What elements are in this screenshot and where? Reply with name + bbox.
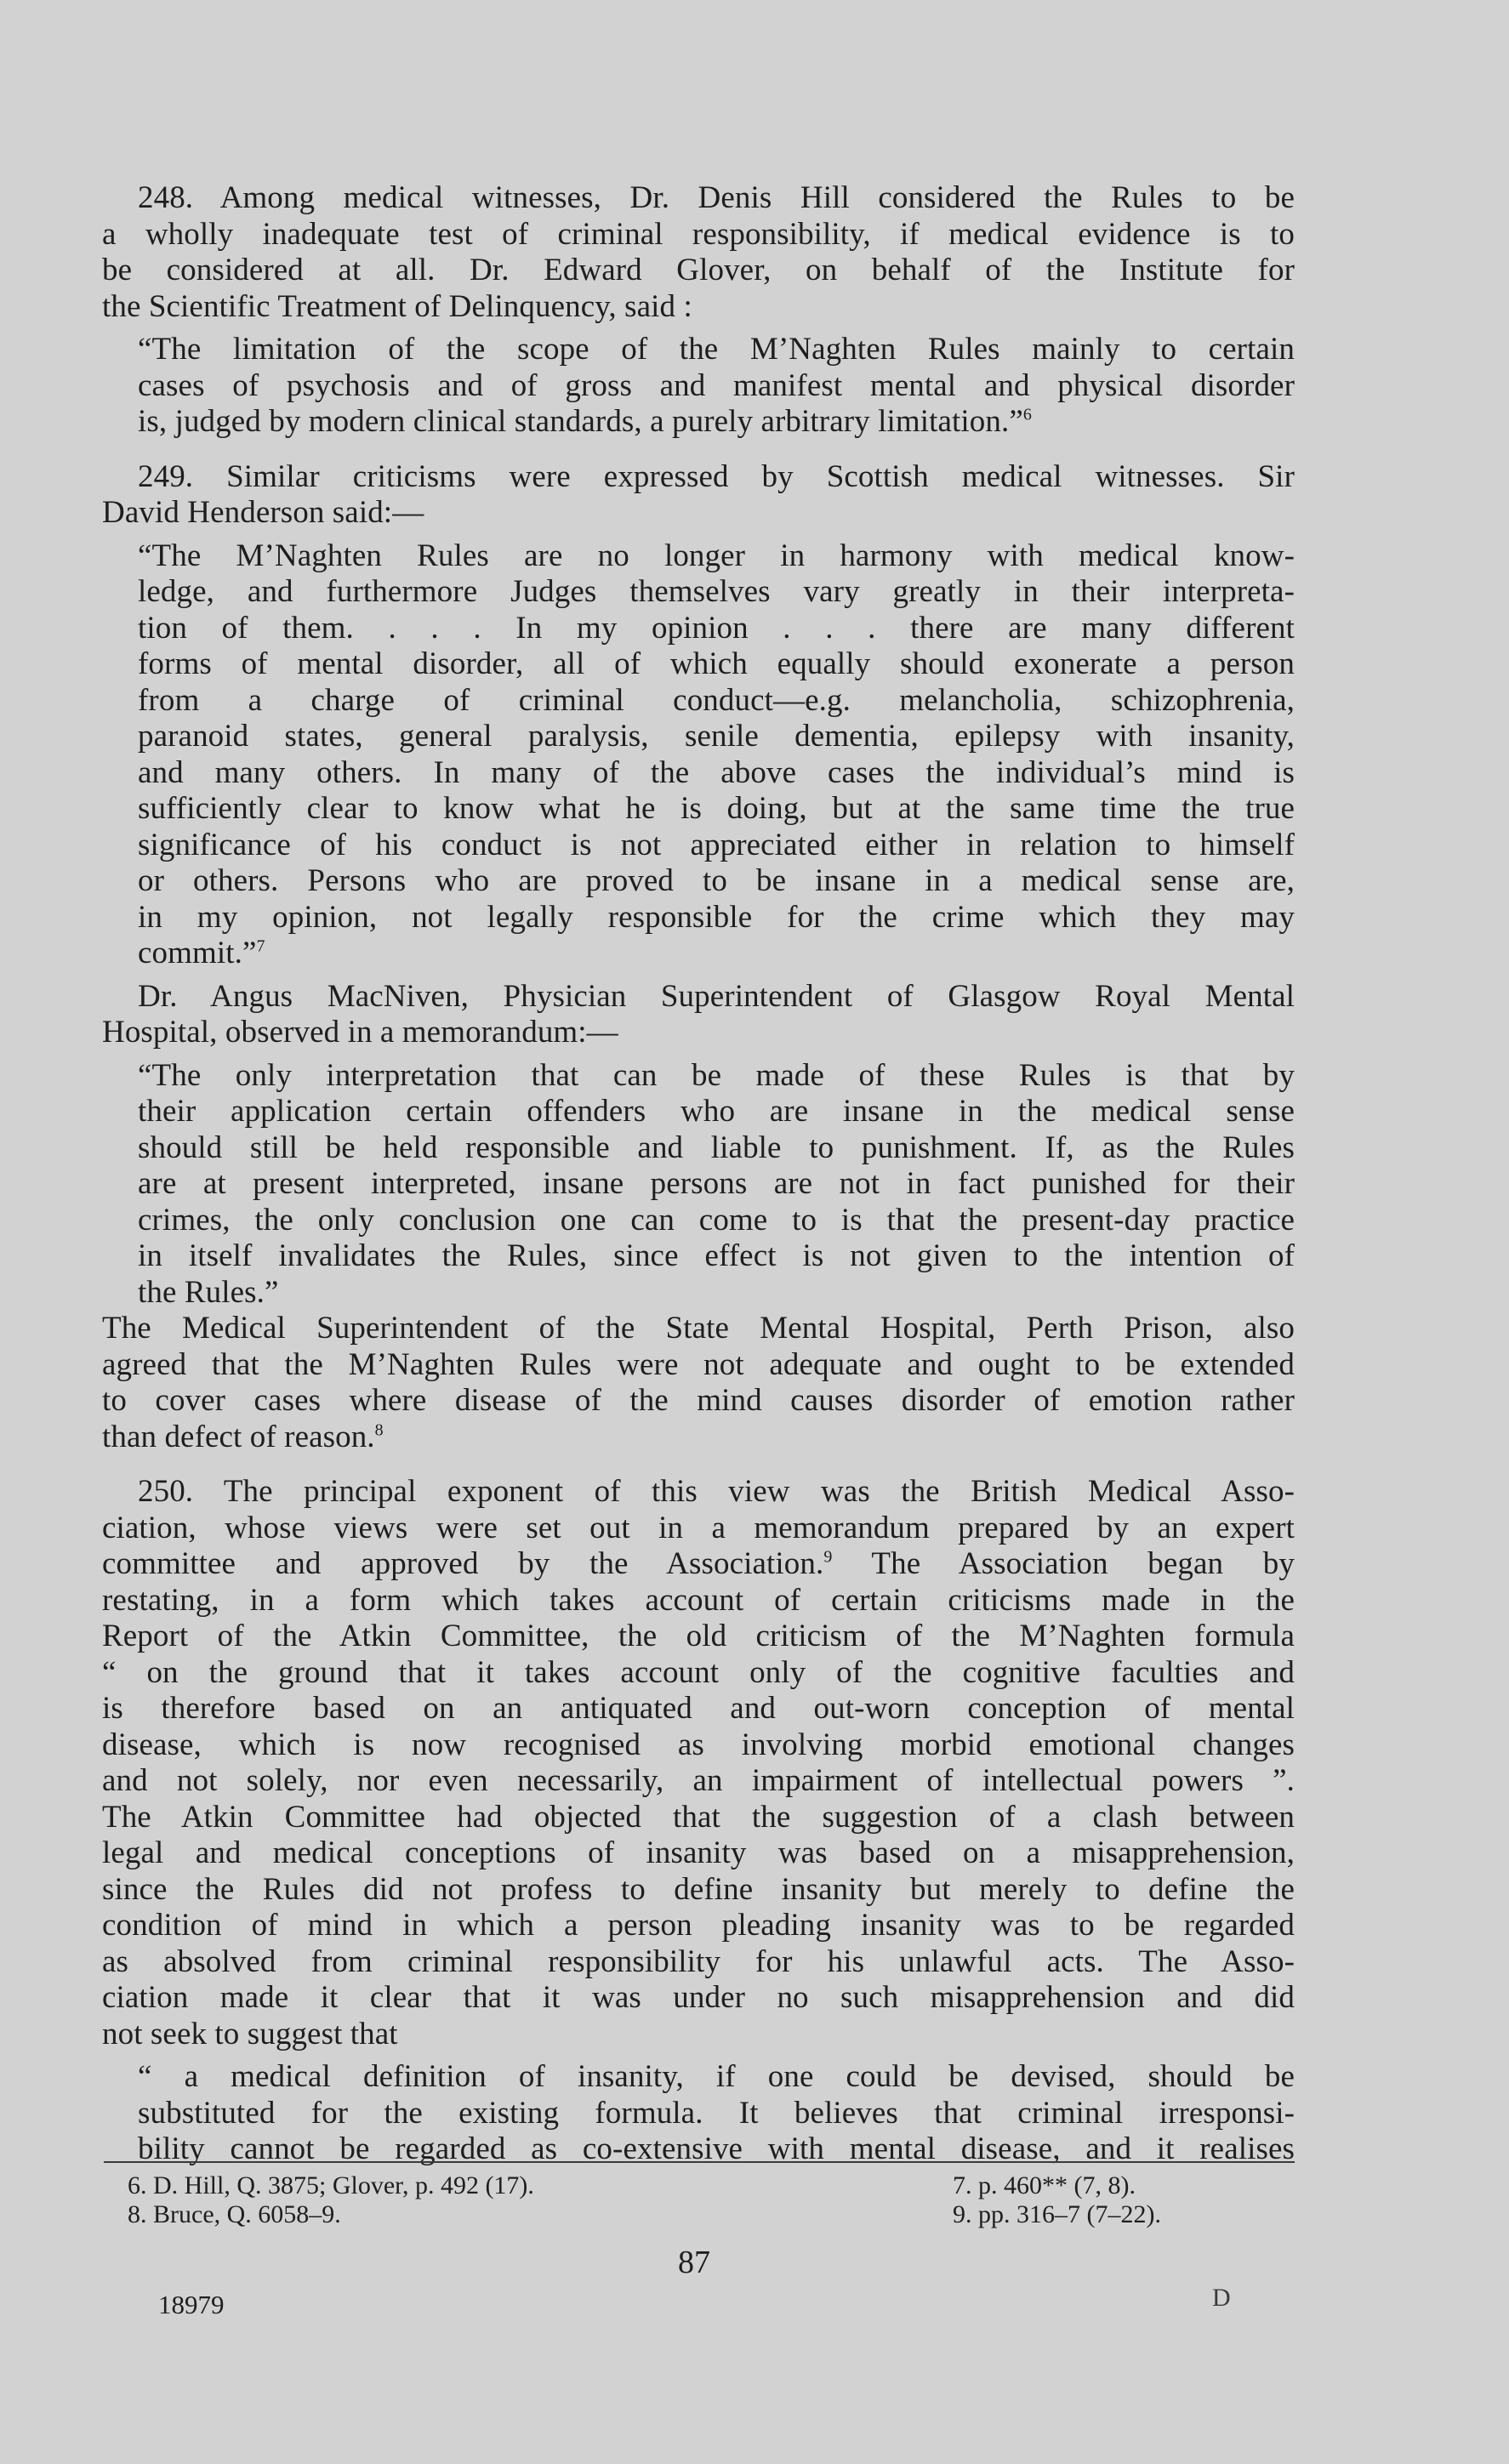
footnote-8: 8. Bruce, Q. 6058–9. bbox=[128, 2200, 953, 2229]
text-line: “The M’Naghten Rules are no longer in ha… bbox=[102, 538, 1295, 575]
text-line: “ on the ground that it takes account on… bbox=[102, 1655, 1295, 1692]
spacer bbox=[102, 2052, 1295, 2059]
block-quote: “The M’Naghten Rules are no longer in ha… bbox=[102, 538, 1295, 972]
page-body: 248. Among medical witnesses, Dr. Denis … bbox=[102, 180, 1295, 2168]
footnote-7: 7. p. 460** (7, 8). bbox=[953, 2171, 1293, 2200]
page-number: 87 bbox=[678, 2244, 710, 2281]
spacer bbox=[102, 532, 1295, 538]
text-line: not seek to suggest that bbox=[102, 2017, 1295, 2053]
footnote-row: 6. D. Hill, Q. 3875; Glover, p. 492 (17)… bbox=[128, 2171, 1293, 2200]
text-line: sufficiently clear to know what he is do… bbox=[102, 791, 1295, 828]
text-line: a wholly inadequate test of criminal res… bbox=[102, 217, 1295, 253]
text-line: crimes, the only conclusion one can come… bbox=[102, 1203, 1295, 1239]
text-line: ledge, and furthermore Judges themselves… bbox=[102, 574, 1295, 611]
text-line: condition of mind in which a person plea… bbox=[102, 1908, 1295, 1944]
text-line: is, judged by modern clinical standards,… bbox=[102, 404, 1295, 441]
block-quote: “ a medical definition of insanity, if o… bbox=[102, 2059, 1295, 2168]
text-line: substituted for the existing formula. It… bbox=[102, 2096, 1295, 2132]
text-line: forms of mental disorder, all of which e… bbox=[102, 646, 1295, 683]
text-line: committee and approved by the Associatio… bbox=[102, 1546, 1295, 1583]
text-line: 249. Similar criticisms were expressed b… bbox=[102, 459, 1295, 496]
paragraph: The Medical Superintendent of the State … bbox=[102, 1311, 1295, 1455]
spacer bbox=[102, 1051, 1295, 1058]
text-line: The Medical Superintendent of the State … bbox=[102, 1311, 1295, 1347]
text-line: 248. Among medical witnesses, Dr. Denis … bbox=[102, 180, 1295, 217]
text-line: Report of the Atkin Committee, the old c… bbox=[102, 1619, 1295, 1655]
text-line: commit.”7 bbox=[102, 936, 1295, 972]
text-line: tion of them. . . . In my opinion . . . … bbox=[102, 611, 1295, 647]
text-line: the Scientific Treatment of Delinquency,… bbox=[102, 289, 1295, 326]
text-line: is therefore based on an antiquated and … bbox=[102, 1691, 1295, 1727]
text-line: and many others. In many of the above ca… bbox=[102, 755, 1295, 792]
spacer bbox=[102, 972, 1295, 979]
paragraph: 250. The principal exponent of this view… bbox=[102, 1474, 1295, 2052]
text-line: “ a medical definition of insanity, if o… bbox=[102, 2059, 1295, 2096]
text-line: in my opinion, not legally responsible f… bbox=[102, 900, 1295, 936]
text-line: should still be held responsible and lia… bbox=[102, 1130, 1295, 1167]
footnote-9: 9. pp. 316–7 (7–22). bbox=[953, 2200, 1293, 2229]
text-line: paranoid states, general paralysis, seni… bbox=[102, 719, 1295, 755]
text-line: “The only interpretation that can be mad… bbox=[102, 1058, 1295, 1095]
text-line: from a charge of criminal conduct—e.g. m… bbox=[102, 683, 1295, 720]
text-line: 250. The principal exponent of this view… bbox=[102, 1474, 1295, 1511]
text-line: ciation, whose views were set out in a m… bbox=[102, 1511, 1295, 1547]
text-line: their application certain offenders who … bbox=[102, 1094, 1295, 1130]
text-line: restating, in a form which takes account… bbox=[102, 1583, 1295, 1619]
text-line: David Henderson said:— bbox=[102, 495, 1295, 532]
text-line: are at present interpreted, insane perso… bbox=[102, 1166, 1295, 1203]
text-line: to cover cases where disease of the mind… bbox=[102, 1383, 1295, 1420]
footnote-ref: 9 bbox=[823, 1548, 832, 1567]
paragraph: 248. Among medical witnesses, Dr. Denis … bbox=[102, 180, 1295, 325]
paragraph: 249. Similar criticisms were expressed b… bbox=[102, 459, 1295, 532]
text-line: than defect of reason.8 bbox=[102, 1420, 1295, 1456]
block-quote: “The only interpretation that can be mad… bbox=[102, 1058, 1295, 1312]
text-line: significance of his conduct is not appre… bbox=[102, 828, 1295, 864]
text-line: ciation made it clear that it was under … bbox=[102, 1980, 1295, 2017]
block-quote: “The limitation of the scope of the M’Na… bbox=[102, 332, 1295, 441]
text-line: since the Rules did not profess to defin… bbox=[102, 1872, 1295, 1909]
text-line: in itself invalidates the Rules, since e… bbox=[102, 1238, 1295, 1275]
paragraph: Dr. Angus MacNiven, Physician Superinten… bbox=[102, 979, 1295, 1051]
text-line: disease, which is now recognised as invo… bbox=[102, 1727, 1295, 1764]
text-line: cases of psychosis and of gross and mani… bbox=[102, 368, 1295, 405]
text-line: Dr. Angus MacNiven, Physician Superinten… bbox=[102, 979, 1295, 1016]
spacer bbox=[102, 1455, 1295, 1474]
footnote-ref: 6 bbox=[1023, 406, 1032, 424]
text-line: The Atkin Committee had objected that th… bbox=[102, 1800, 1295, 1836]
text-line: “The limitation of the scope of the M’Na… bbox=[102, 332, 1295, 368]
text-line: or others. Persons who are proved to be … bbox=[102, 863, 1295, 900]
spacer bbox=[102, 441, 1295, 459]
text-line: be considered at all. Dr. Edward Glover,… bbox=[102, 253, 1295, 289]
signature-mark: D bbox=[1212, 2284, 1231, 2313]
spacer bbox=[102, 325, 1295, 332]
footnote-rule bbox=[104, 2161, 1295, 2163]
footnote-ref: 7 bbox=[257, 937, 265, 956]
text-line: the Rules.” bbox=[102, 1275, 1295, 1312]
footnote-6: 6. D. Hill, Q. 3875; Glover, p. 492 (17)… bbox=[128, 2171, 953, 2200]
text-line: legal and medical conceptions of insanit… bbox=[102, 1835, 1295, 1872]
text-line: as absolved from criminal responsibility… bbox=[102, 1944, 1295, 1981]
text-line: Hospital, observed in a memorandum:— bbox=[102, 1015, 1295, 1051]
print-code: 18979 bbox=[158, 2290, 225, 2320]
footnotes: 6. D. Hill, Q. 3875; Glover, p. 492 (17)… bbox=[128, 2171, 1293, 2229]
text-line: and not solely, nor even necessarily, an… bbox=[102, 1763, 1295, 1800]
footnote-row: 8. Bruce, Q. 6058–9. 9. pp. 316–7 (7–22)… bbox=[128, 2200, 1293, 2229]
footnote-ref: 8 bbox=[375, 1420, 384, 1439]
text-line: agreed that the M’Naghten Rules were not… bbox=[102, 1347, 1295, 1384]
